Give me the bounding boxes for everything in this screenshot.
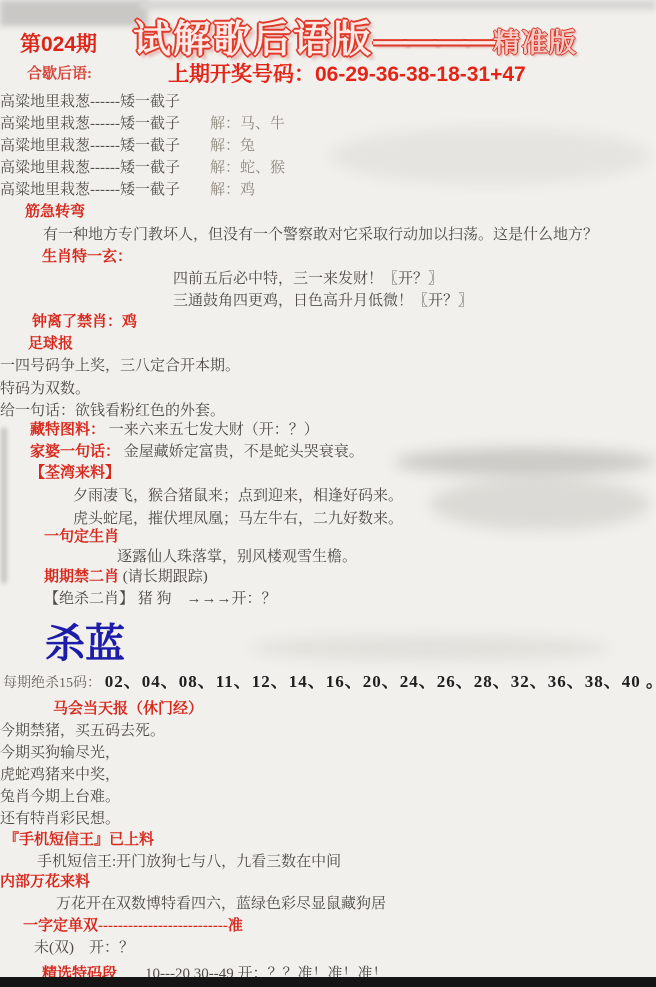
forbidden-two-label: 期期禁二肖 (44, 569, 119, 585)
football-line-2: 特码为双数。 (0, 379, 90, 399)
riddle-row: 高粱地里栽葱------矮一截子 解：马、牛 (0, 112, 180, 133)
kill-15-label: 每期绝杀15码： (3, 676, 101, 691)
brain-teaser-label: 筋急转弯 (25, 202, 85, 222)
brain-teaser-question: 有一种地方专门教坏人，但没有一个警察敢对它采取行动加以扫荡。这是什么地方？ (43, 225, 598, 245)
internal-source-text: 万花开在双数博特看四六，蓝绿色彩尽显鼠藏狗居 (56, 894, 386, 914)
kill-15-row: 每期绝杀15码： 02、04、08、11、12、14、16、20、24、26、2… (3, 672, 656, 694)
riddle-text: 高粱地里栽葱------矮一截子 (0, 160, 180, 176)
riddle-section-label: 合歇后语: (27, 62, 92, 83)
one-sentence-label: 一句定生肖 (44, 527, 119, 547)
page-title-main: 试解歌后语版 (133, 19, 373, 61)
last-draw-numbers: 上期开奖号码：06-29-36-38-18-31+47 (168, 58, 526, 88)
last-draw-value: 06-29-36-38-18-31+47 (315, 63, 526, 86)
shengxiao-verse-2: 三通鼓角四更鸡，日色高升月低微！〖开？〗 (173, 291, 473, 311)
forbidden-two-row: 期期禁二肖 (请长期跟踪) (44, 567, 208, 587)
riddle-row: 高粱地里栽葱------矮一截子 解：鸡 (0, 178, 180, 199)
jockey-club-line-5: 还有特肖彩民想。 (0, 809, 120, 829)
odd-even-result: 未(双) 开：？ (34, 938, 134, 958)
riddle-text: 高粱地里栽葱------矮一截子 (0, 94, 180, 110)
hidden-special-label: 藏特图料： (30, 422, 105, 438)
granny-phrase-label: 家婆一句话： (30, 444, 120, 460)
odd-even-label: 一字定单双--------------------------准 (23, 916, 243, 936)
granny-phrase-text: 金屋藏娇定富贵，不是蛇头哭衰衰。 (124, 444, 364, 460)
sms-king-text: 手机短信王:开门放狗七与八，九看三数在中间 (37, 852, 341, 872)
granny-phrase-row: 家婆一句话： 金屋藏娇定富贵，不是蛇头哭衰衰。 (30, 442, 364, 462)
riddle-answer: 解：马、牛 (210, 112, 285, 133)
jockey-club-line-4: 兔肖今期上台难。 (0, 787, 120, 807)
quanwan-verse-1: 夕雨凄飞，猴合猪鼠来；点到迎来，相逢好码来。 (73, 486, 403, 506)
riddle-answer: 解：蛇、猴 (210, 156, 285, 177)
kill-two-zodiac-result: 【绝杀二肖】 猪 狗 →→→开：？ (44, 589, 277, 609)
hidden-special-row: 藏特图料： 一来六来五七发大财（开：？） (30, 420, 319, 440)
internal-source-label: 内部万花来料 (0, 872, 90, 892)
riddle-text: 高粱地里栽葱------矮一截子 (0, 182, 180, 198)
riddle-answer: 解：兔 (210, 134, 255, 155)
football-line-3: 给一句话：欲钱看粉红色的外套。 (0, 401, 225, 421)
scan-streak-left-edge (1, 428, 7, 583)
jockey-club-line-1: 今期禁猪，买五码去死。 (0, 721, 165, 741)
jockey-club-line-3: 虎蛇鸡猪来中奖， (0, 765, 120, 785)
jockey-club-line-2: 今期买狗输尽光， (0, 743, 120, 763)
sms-king-label: 『手机短信王』已上料 (4, 830, 154, 850)
scan-smudge (250, 635, 610, 661)
lottery-tip-sheet: 第024期 试解歌后语版————精准版 合歇后语: 上期开奖号码：06-29-3… (0, 0, 656, 987)
riddle-text: 高粱地里栽葱------矮一截子 (0, 116, 180, 132)
page-title-suffix: 精准版 (493, 28, 577, 58)
jockey-club-label: 马会当天报（休门经） (53, 699, 203, 719)
hidden-special-text: 一来六来五七发大财（开：？） (109, 422, 319, 438)
scan-smudge (430, 478, 650, 530)
forbidden-zodiac-line: 钟离了禁肖：鸡 (32, 312, 137, 332)
scan-bottom-bar (0, 977, 656, 987)
shengxiao-verse-1: 四前五后必中特，三一来发财！〖开？〗 (173, 269, 443, 289)
football-line-1: 一四号码争上奖，三八定合开本期。 (0, 356, 240, 376)
riddle-answer: 解：鸡 (210, 178, 255, 199)
shengxiao-label: 生肖特一玄： (42, 247, 132, 267)
scan-smudge-top-left (0, 0, 148, 26)
issue-number: 第024期 (20, 28, 97, 58)
riddle-row: 高粱地里栽葱------矮一截子 解：蛇、猴 (0, 156, 180, 177)
scan-smudge (395, 448, 655, 476)
riddle-row: 高粱地里栽葱------矮一截子 (0, 90, 180, 111)
page-title-dash: ———— (373, 22, 493, 60)
quanwan-verse-2: 虎头蛇尾，摧伏埋凤凰；马左牛右，二九好数来。 (73, 509, 403, 529)
page-title: 试解歌后语版————精准版 (133, 8, 577, 63)
riddle-row: 高粱地里栽葱------矮一截子 解：兔 (0, 134, 180, 155)
kill-blue-title: 杀蓝 (45, 612, 125, 669)
football-report-label: 足球报 (28, 334, 73, 354)
quanwan-label: 【荃湾来料】 (30, 463, 120, 483)
forbidden-two-note: (请长期跟踪) (123, 569, 208, 585)
last-draw-label: 上期开奖号码： (168, 63, 315, 86)
one-sentence-text: 逐露仙人珠落掌，别风楼观雪生檐。 (117, 547, 357, 567)
riddle-text: 高粱地里栽葱------矮一截子 (0, 138, 180, 154)
scan-smudge (330, 128, 650, 184)
kill-15-numbers: 02、04、08、11、12、14、16、20、24、26、28、32、36、3… (105, 672, 656, 691)
